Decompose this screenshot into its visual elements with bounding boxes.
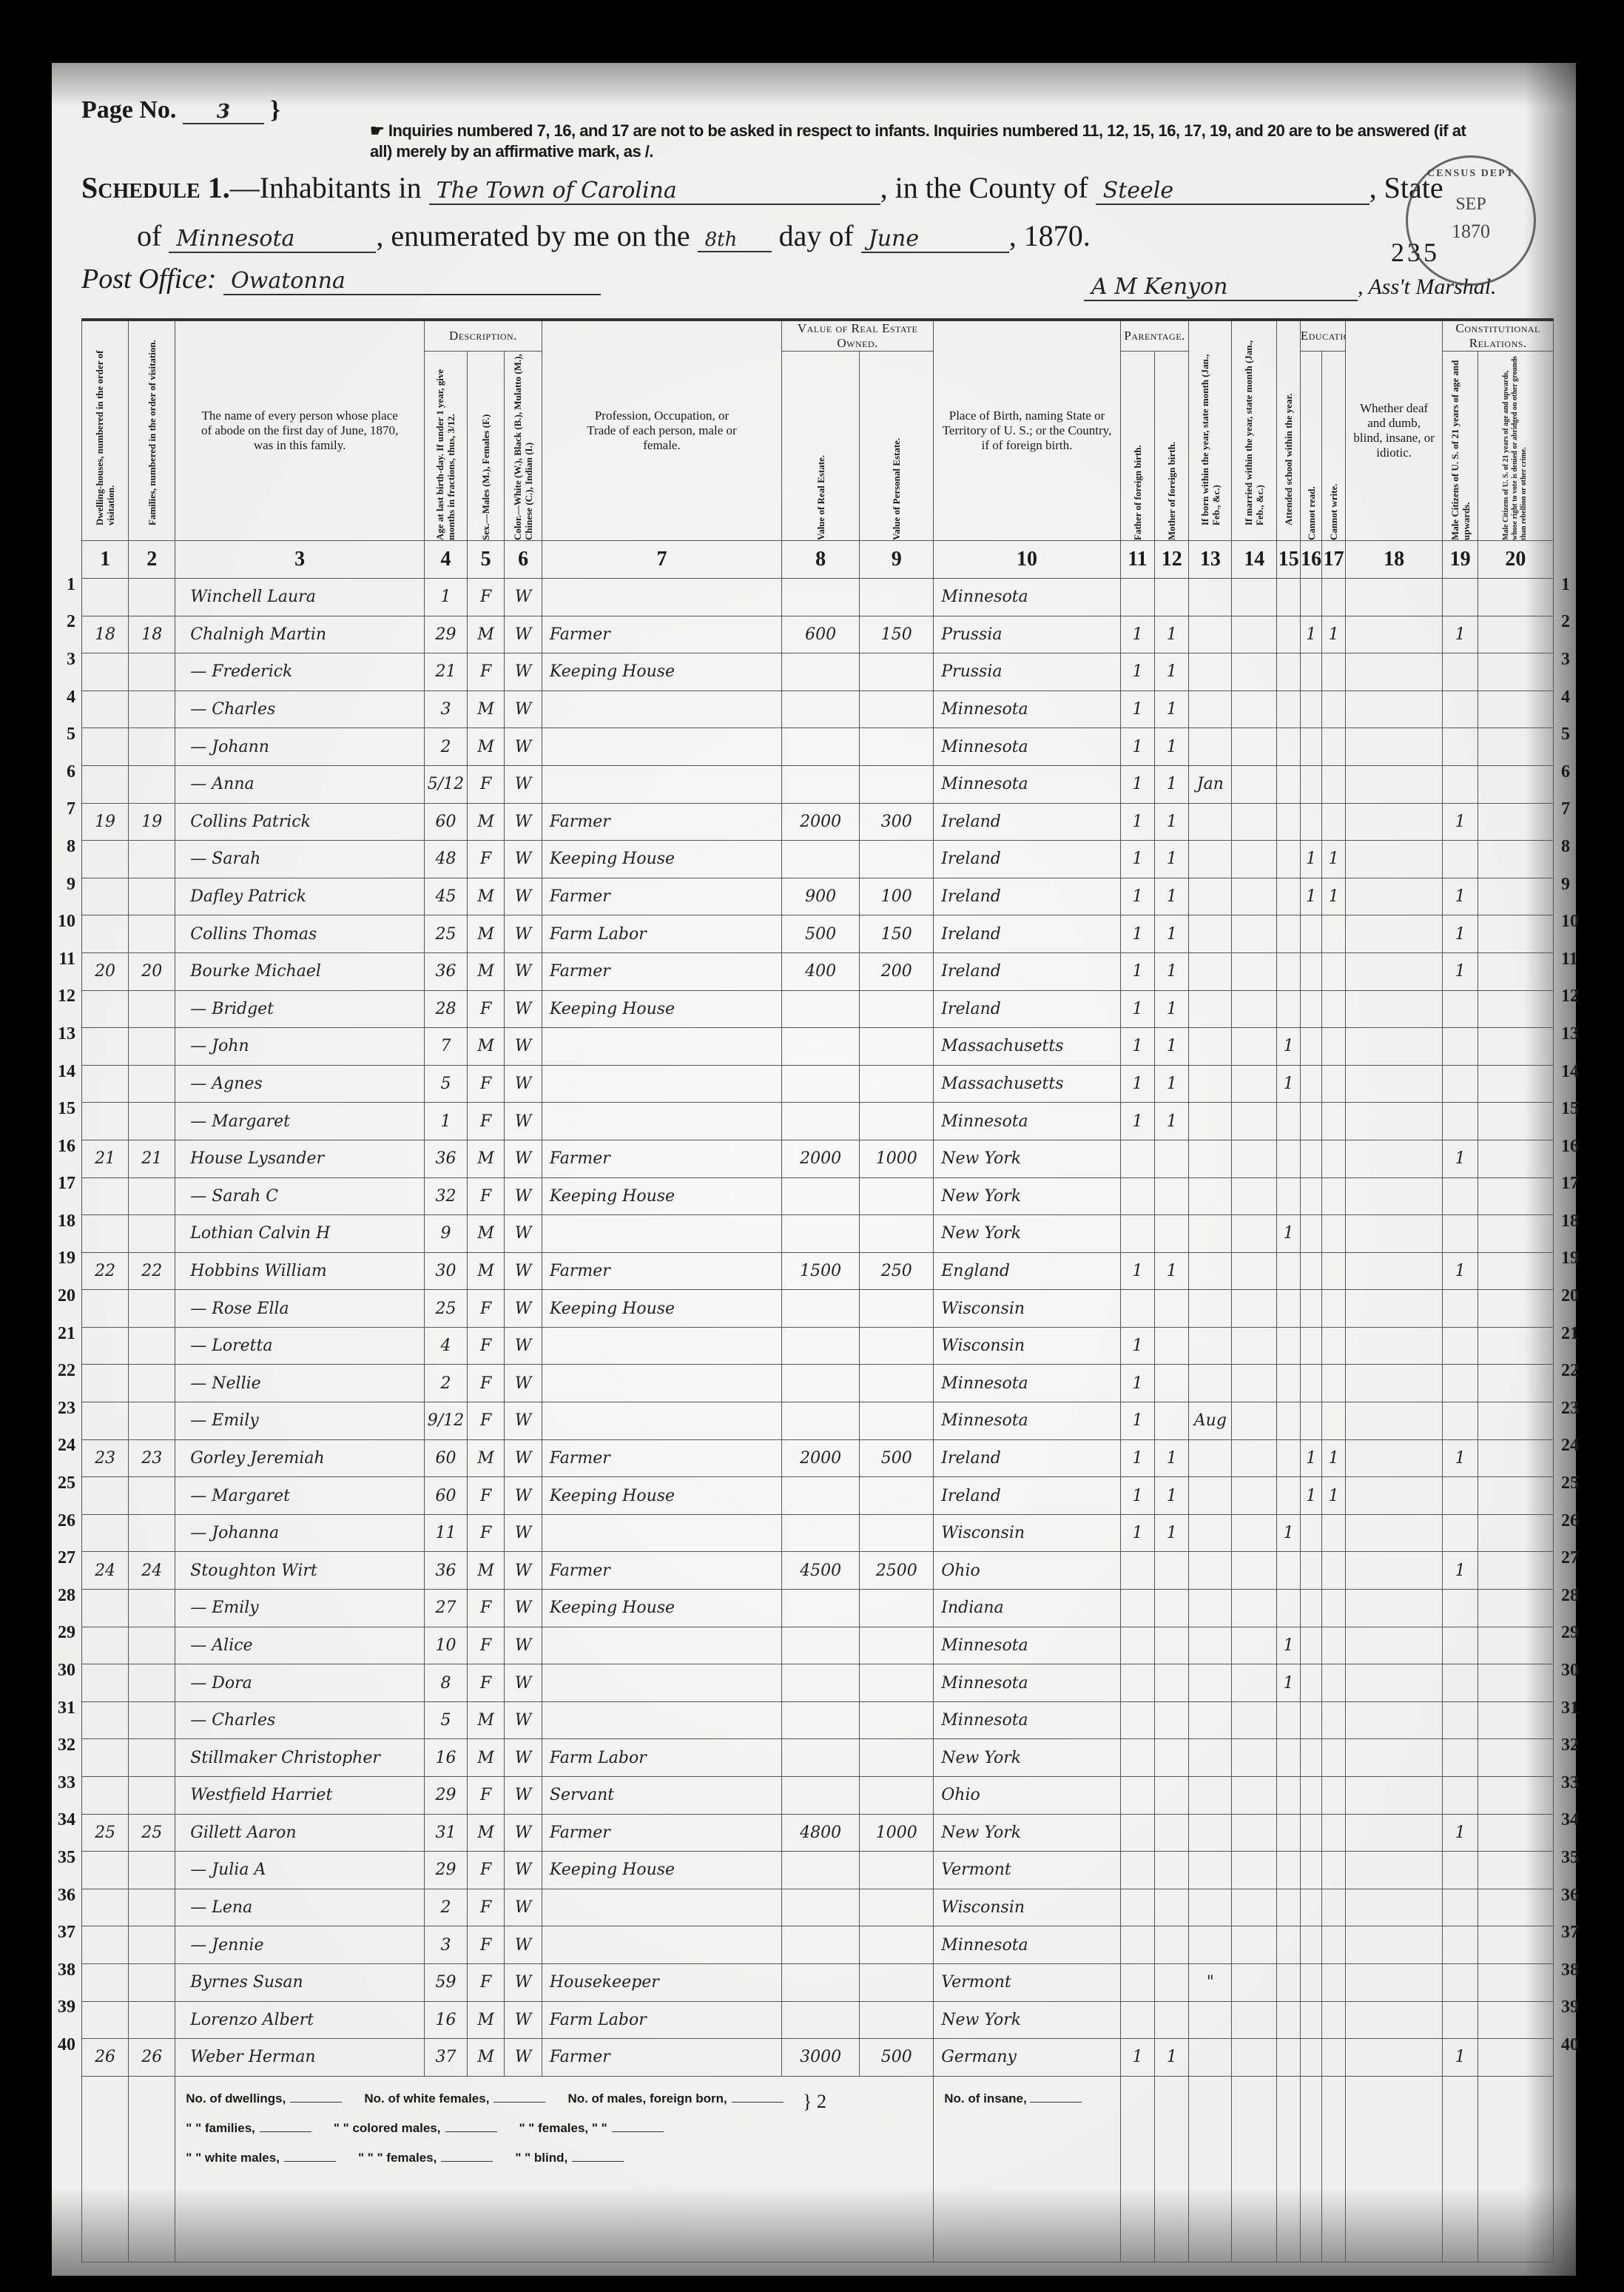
row-number: 17 [53,1174,75,1194]
cell-pe [860,1215,934,1253]
cell-color: W [505,803,542,841]
cell-age: 60 [425,1477,468,1515]
cell-pob: New York [934,1177,1121,1215]
row-number: 35 [1561,1848,1583,1868]
cell-fam [129,1664,175,1702]
cell-rd [1300,1889,1321,1926]
cell-m: 1 [1155,990,1189,1028]
cell-c20 [1478,690,1553,728]
cell-age: 5/12 [425,765,468,803]
table-row: — Johann2MWMinnesota11 [82,728,1554,766]
footer-label: No. of dwellings, [186,2091,286,2106]
cell-sch [1277,952,1301,990]
table-row: Dafley Patrick45MWFarmer900100Ireland111… [82,878,1554,915]
cell-pob: Prussia [934,616,1121,653]
col4-header: Age at last birth-day. If under 1 year, … [425,352,468,541]
cell-dw [82,915,129,953]
day-of-label: day of [779,219,854,252]
cell-b [1189,1177,1232,1215]
cell-f [1120,1140,1154,1177]
cell-m [1155,2001,1189,2039]
column-number: 10 [934,541,1121,579]
cell-color: W [505,1477,542,1515]
cell-name: — John [175,1028,425,1066]
cell-age: 25 [425,1290,468,1328]
cell-rd [1300,1627,1321,1664]
post-office-label: Post Office: [81,263,217,295]
description-group: Description. [425,320,542,352]
cell-sex: F [467,1627,505,1664]
cell-c20 [1478,1590,1553,1627]
cell-re [782,1739,860,1777]
cell-age: 5 [425,1701,468,1739]
cell-f: 1 [1120,1439,1154,1477]
cell-sex: M [467,1814,505,1852]
cell-m: 1 [1155,803,1189,841]
cell-re [782,1065,860,1103]
cell-sch [1277,1477,1301,1515]
cell-m [1155,1365,1189,1402]
col2-header: Families, numbered in the order of visit… [129,320,175,541]
table-row: — Margaret60FWKeeping HouseIreland1111 [82,1477,1554,1515]
row-number: 1 [53,575,75,595]
column-number: 20 [1478,541,1553,579]
row-number: 11 [53,950,75,969]
cell-name: — Johann [175,728,425,766]
value-group: Value of Real Estate Owned. [782,320,934,352]
cell-mar [1232,1140,1277,1177]
cell-rd [1300,1177,1321,1215]
cell-f [1120,1739,1154,1777]
cell-f: 1 [1120,616,1154,653]
cell-wr [1322,803,1346,841]
cell-pe [860,1103,934,1140]
row-number: 36 [53,1886,75,1906]
cell-re [782,579,860,616]
cell-name: — Frederick [175,653,425,691]
cell-re: 3000 [782,2039,860,2077]
cell-pob: New York [934,1215,1121,1253]
col11-header: Father of foreign birth. [1120,352,1154,541]
cell-name: Westfield Harriet [175,1777,425,1815]
month-field: June [861,226,1009,253]
cell-sch [1277,1701,1301,1739]
column-number: 1 [82,541,129,579]
cell-re [782,1963,860,2001]
cell-wr [1322,1814,1346,1852]
cell-name: — Nellie [175,1365,425,1402]
col12-header: Mother of foreign birth. [1155,352,1189,541]
cell-pob: Wisconsin [934,1290,1121,1328]
cell-re: 500 [782,915,860,953]
cell-occ: Servant [542,1777,781,1815]
cell-b: Jan [1189,765,1232,803]
cell-wr [1322,915,1346,953]
cell-age: 2 [425,1365,468,1402]
cell-c19: 1 [1443,616,1478,653]
cell-c19 [1443,1739,1478,1777]
table-row: — Sarah C32FWKeeping HouseNew York [82,1177,1554,1215]
row-number: 29 [1561,1623,1583,1643]
cell-sch: 1 [1277,1028,1301,1066]
cell-m [1155,1739,1189,1777]
cell-occ: Farmer [542,1552,781,1590]
row-number: 6 [53,762,75,782]
cell-c20 [1478,1177,1553,1215]
table-row: 2222Hobbins William30MWFarmer1500250Engl… [82,1252,1554,1290]
cell-f [1120,1852,1154,1889]
cell-dd [1345,1103,1443,1140]
cell-age: 29 [425,616,468,653]
cell-pe: 150 [860,616,934,653]
cell-wr: 1 [1322,1439,1346,1477]
cell-occ: Keeping House [542,653,781,691]
row-number: 37 [1561,1923,1583,1943]
cell-rd [1300,1028,1321,1066]
cell-dw [82,841,129,878]
cell-occ: Farm Labor [542,1739,781,1777]
cell-dw [82,1889,129,1926]
cell-sch [1277,1140,1301,1177]
cell-b [1189,1290,1232,1328]
cell-wr [1322,1739,1346,1777]
cell-dw [82,653,129,691]
cell-re [782,1327,860,1365]
cell-fam [129,1739,175,1777]
row-number: 18 [53,1211,75,1231]
cell-m [1155,1140,1189,1177]
row-number: 8 [53,837,75,857]
cell-name: Dafley Patrick [175,878,425,915]
cell-color: W [505,1926,542,1964]
column-number: 3 [175,541,425,579]
cell-name: — Johanna [175,1514,425,1552]
cell-c19: 1 [1443,1140,1478,1177]
column-number: 5 [467,541,505,579]
cell-color: W [505,1065,542,1103]
cell-fam [129,1627,175,1664]
cell-b [1189,841,1232,878]
cell-c19 [1443,1590,1478,1627]
cell-re: 400 [782,952,860,990]
cell-c19 [1443,2001,1478,2039]
cell-re: 600 [782,616,860,653]
cell-sex: F [467,1664,505,1702]
cell-sex: F [467,1963,505,2001]
cell-re: 2000 [782,1140,860,1177]
cell-re [782,841,860,878]
cell-c20 [1478,1514,1553,1552]
cell-f: 1 [1120,1514,1154,1552]
schedule-line: Schedule 1.—Inhabitants in The Town of C… [81,170,1443,205]
cell-age: 36 [425,1140,468,1177]
column-number: 6 [505,541,542,579]
cell-c19 [1443,1514,1478,1552]
cell-c19 [1443,1664,1478,1702]
cell-re [782,1889,860,1926]
cell-wr: 1 [1322,616,1346,653]
cell-sex: M [467,616,505,653]
cell-dw [82,765,129,803]
cell-occ [542,1926,781,1964]
cell-dd [1345,841,1443,878]
cell-rd [1300,765,1321,803]
row-number: 10 [53,912,75,932]
cell-rd: 1 [1300,1477,1321,1515]
cell-pob: Massachusetts [934,1065,1121,1103]
row-number: 39 [53,1997,75,2017]
cell-pob: Minnesota [934,579,1121,616]
cell-sex: M [467,1028,505,1066]
cell-rd: 1 [1300,841,1321,878]
cell-fam [129,1777,175,1815]
cell-color: W [505,1590,542,1627]
cell-sch [1277,1439,1301,1477]
table-row: — Alice10FWMinnesota1 [82,1627,1554,1664]
cell-sch [1277,1252,1301,1290]
cell-wr [1322,690,1346,728]
cell-age: 30 [425,1252,468,1290]
cell-color: W [505,1439,542,1477]
cell-name: — Margaret [175,1103,425,1140]
cell-dd [1345,1926,1443,1964]
cell-c20 [1478,1814,1553,1852]
cell-rd [1300,1963,1321,2001]
cell-pe [860,1327,934,1365]
cell-name: — Margaret [175,1477,425,1515]
cell-mar [1232,616,1277,653]
cell-dw [82,1477,129,1515]
cell-pe [860,1402,934,1440]
cell-sex: F [467,1590,505,1627]
row-number: 26 [1561,1511,1583,1531]
cell-fam: 19 [129,803,175,841]
cell-f: 1 [1120,1477,1154,1515]
cell-dd [1345,1365,1443,1402]
cell-dw: 19 [82,803,129,841]
cell-c19 [1443,1777,1478,1815]
cell-pob: New York [934,1140,1121,1177]
cell-f [1120,1590,1154,1627]
row-number: 24 [53,1436,75,1456]
cell-pob: Indiana [934,1590,1121,1627]
cell-mar [1232,1852,1277,1889]
cell-dd [1345,1402,1443,1440]
cell-name: Weber Herman [175,2039,425,2077]
cell-pob: Ireland [934,1477,1121,1515]
cell-c20 [1478,1215,1553,1253]
page-number: Page No. 3 } [81,96,280,124]
row-number: 4 [53,688,75,708]
row-number: 8 [1561,837,1583,857]
row-number: 28 [1561,1586,1583,1606]
cell-sex: F [467,1777,505,1815]
cell-occ [542,1627,781,1664]
table-row: 1919Collins Patrick60MWFarmer2000300Irel… [82,803,1554,841]
cell-fam: 24 [129,1552,175,1590]
cell-name: — Anna [175,765,425,803]
cell-name: — Lena [175,1889,425,1926]
cell-f: 1 [1120,915,1154,953]
cell-mar [1232,579,1277,616]
cell-dd [1345,2001,1443,2039]
cell-sex: F [467,1065,505,1103]
cell-dd [1345,1739,1443,1777]
cell-name: — Dora [175,1664,425,1702]
cell-mar [1232,1664,1277,1702]
cell-b [1189,1664,1232,1702]
cell-m [1155,579,1189,616]
cell-color: W [505,2039,542,2077]
inhabitants-label: —Inhabitants in [230,171,422,204]
cell-mar [1232,728,1277,766]
cell-c19 [1443,1103,1478,1140]
row-number: 37 [53,1923,75,1943]
cell-sch [1277,1889,1301,1926]
row-number: 22 [53,1361,75,1381]
cell-c19 [1443,579,1478,616]
cell-c19 [1443,1028,1478,1066]
cell-m [1155,1777,1189,1815]
cell-m [1155,1552,1189,1590]
cell-fam [129,1852,175,1889]
cell-name: Lorenzo Albert [175,2001,425,2039]
cell-dw [82,1290,129,1328]
cell-dw [82,728,129,766]
table-row: 2626Weber Herman37MWFarmer3000500Germany… [82,2039,1554,2077]
cell-c20 [1478,2001,1553,2039]
cell-mar [1232,2001,1277,2039]
cell-c20 [1478,579,1553,616]
cell-sch [1277,1852,1301,1889]
row-number: 34 [1561,1810,1583,1830]
col10-header: Place of Birth, naming State or Territor… [934,320,1121,541]
cell-occ [542,1215,781,1253]
cell-re [782,1852,860,1889]
cell-b [1189,1701,1232,1739]
row-number: 5 [1561,725,1583,745]
cell-dd [1345,690,1443,728]
cell-c19 [1443,653,1478,691]
cell-occ: Housekeeper [542,1963,781,2001]
table-row: 2525Gillett Aaron31MWFarmer48001000New Y… [82,1814,1554,1852]
row-number: 6 [1561,762,1583,782]
cell-m: 1 [1155,1514,1189,1552]
cell-age: 10 [425,1627,468,1664]
cell-dd [1345,1889,1443,1926]
cell-sex: F [467,1926,505,1964]
cell-color: W [505,1739,542,1777]
cell-re: 2000 [782,1439,860,1477]
cell-pob: Vermont [934,1852,1121,1889]
row-number: 31 [1561,1698,1583,1718]
cell-name: House Lysander [175,1140,425,1177]
cell-b [1189,2039,1232,2077]
row-number: 19 [1561,1248,1583,1268]
cell-rd [1300,952,1321,990]
table-row: Westfield Harriet29FWServantOhio [82,1777,1554,1815]
county-label: , in the County of [880,171,1088,204]
cell-occ [542,1889,781,1926]
cell-sch [1277,728,1301,766]
cell-re [782,1103,860,1140]
cell-f [1120,1814,1154,1852]
cell-name: Byrnes Susan [175,1963,425,2001]
cell-b [1189,1889,1232,1926]
cell-dd [1345,803,1443,841]
cell-f: 1 [1120,1327,1154,1365]
cell-pob: Prussia [934,653,1121,691]
cell-m: 1 [1155,690,1189,728]
cell-re [782,1402,860,1440]
cell-c20 [1478,915,1553,953]
cell-name: Stillmaker Christopher [175,1739,425,1777]
cell-f [1120,1963,1154,2001]
cell-sch [1277,765,1301,803]
cell-dw [82,579,129,616]
cell-color: W [505,1028,542,1066]
cell-occ: Keeping House [542,990,781,1028]
cell-sch [1277,1590,1301,1627]
cell-wr [1322,1963,1346,2001]
cell-m [1155,1664,1189,1702]
cell-dw [82,1327,129,1365]
cell-fam [129,878,175,915]
row-number: 16 [1561,1137,1583,1157]
cell-f: 1 [1120,765,1154,803]
cell-dd [1345,1439,1443,1477]
table-row: Lorenzo Albert16MWFarm LaborNew York [82,2001,1554,2039]
cell-color: W [505,1177,542,1215]
cell-dw [82,1402,129,1440]
cell-mar [1232,1926,1277,1964]
cell-sex: M [467,803,505,841]
cell-color: W [505,728,542,766]
cell-fam [129,653,175,691]
cell-age: 3 [425,690,468,728]
cell-b [1189,1327,1232,1365]
footer-label: " " white males, [186,2151,280,2165]
cell-mar [1232,1290,1277,1328]
cell-color: W [505,579,542,616]
cell-name: — Loretta [175,1327,425,1365]
column-number: 11 [1120,541,1154,579]
cell-pob: Ohio [934,1777,1121,1815]
cell-re [782,1365,860,1402]
row-number: 12 [53,987,75,1006]
cell-pe [860,1065,934,1103]
cell-color: W [505,1889,542,1926]
cell-occ: Farmer [542,878,781,915]
cell-rd [1300,915,1321,953]
cell-dd [1345,990,1443,1028]
cell-rd [1300,653,1321,691]
cell-color: W [505,878,542,915]
cell-sex: M [467,1252,505,1290]
cell-mar [1232,1028,1277,1066]
cell-occ [542,1514,781,1552]
cell-m: 1 [1155,915,1189,953]
enumerated-label: , enumerated by me on the [376,219,690,252]
cell-re: 4800 [782,1814,860,1852]
cell-f: 1 [1120,952,1154,990]
cell-rd [1300,1065,1321,1103]
cell-age: 59 [425,1963,468,2001]
cell-occ: Farmer [542,2039,781,2077]
row-number: 9 [53,875,75,895]
cell-sex: F [467,1103,505,1140]
cell-mar [1232,1477,1277,1515]
